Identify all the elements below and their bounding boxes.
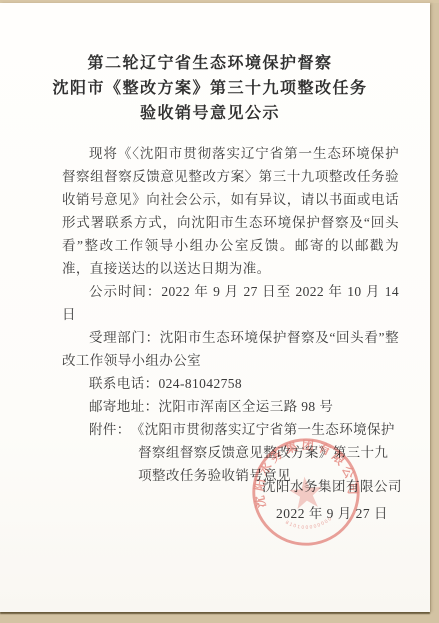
title-line-2: 沈阳市《整改方案》第三十九项整改任务 <box>0 76 420 101</box>
document-body: 现将《〈沈阳市贯彻落实辽宁省第一生态环境保护督察组督察反馈意见整改方案〉第三十九… <box>62 142 399 487</box>
title-line-1: 第二轮辽宁省生态环境保护督察 <box>0 51 420 76</box>
attachment-label: 附件： <box>89 418 131 487</box>
info-line-contact-phone: 联系电话：024-81042758 <box>62 372 399 395</box>
scanned-document-viewport: { "document": { "title_lines": [ "第二轮辽宁省… <box>0 0 439 623</box>
signature-date: 2022 年 9 月 27 日 <box>262 500 402 527</box>
document-page: 第二轮辽宁省生态环境保护督察 沈阳市《整改方案》第三十九项整改任务 验收销号意见… <box>0 3 430 612</box>
notice-paragraph: 现将《〈沈阳市贯彻落实辽宁省第一生态环境保护督察组督察反馈意见整改方案〉第三十九… <box>62 142 399 280</box>
info-line-publicity-period: 公示时间：2022 年 9 月 27 日至 2022 年 10 月 14 日 <box>62 280 399 326</box>
signature-block: 沈阳水务集团有限公司 2022 年 9 月 27 日 <box>262 473 402 527</box>
info-line-mailing-address: 邮寄地址：沈阳市浑南区全运三路 98 号 <box>62 395 399 418</box>
signature-organization: 沈阳水务集团有限公司 <box>262 473 402 500</box>
document-title: 第二轮辽宁省生态环境保护督察 沈阳市《整改方案》第三十九项整改任务 验收销号意见… <box>0 51 420 126</box>
info-line-accepting-department: 受理部门：沈阳市生态环境保护督察及“回头看”整改工作领导小组办公室 <box>62 326 399 372</box>
title-line-3: 验收销号意见公示 <box>0 101 420 126</box>
